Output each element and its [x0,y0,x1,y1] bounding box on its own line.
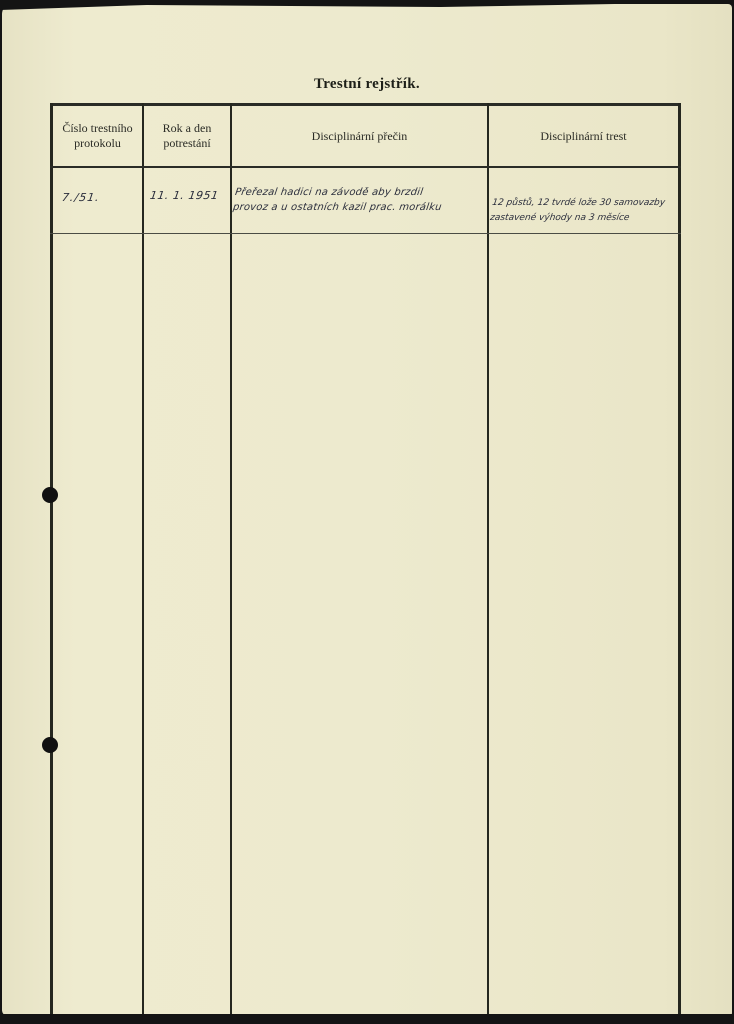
cell-punishment: 12 půstů, 12 tvrdé lože 30 samovazby zas… [489,196,683,226]
column-divider-3 [487,103,489,1015]
document-title: Trestní rejstřík. [0,76,734,93]
cell-protocol-number: 7./51. [61,190,141,205]
column-header-offense: Disciplinární přečin [232,106,487,166]
column-header-date: Rok a den potrestání [144,106,230,166]
header-divider [50,166,681,168]
column-divider-1 [142,103,144,1015]
column-divider-2 [230,103,232,1015]
row-divider-1 [50,233,681,234]
punch-hole-lower [42,737,58,753]
cell-offense: Přeřezal hadici na závodě aby brzdil pro… [232,185,488,215]
scan-edge-bottom [0,1014,734,1024]
column-header-punishment: Disciplinární trest [489,106,678,166]
column-header-protocol-number: Číslo trestního protokolu [53,106,142,166]
table-border-right [678,103,681,1015]
cell-date: 11. 1. 1951 [149,188,229,203]
table-border-left [50,103,53,1015]
punch-hole-upper [42,487,58,503]
